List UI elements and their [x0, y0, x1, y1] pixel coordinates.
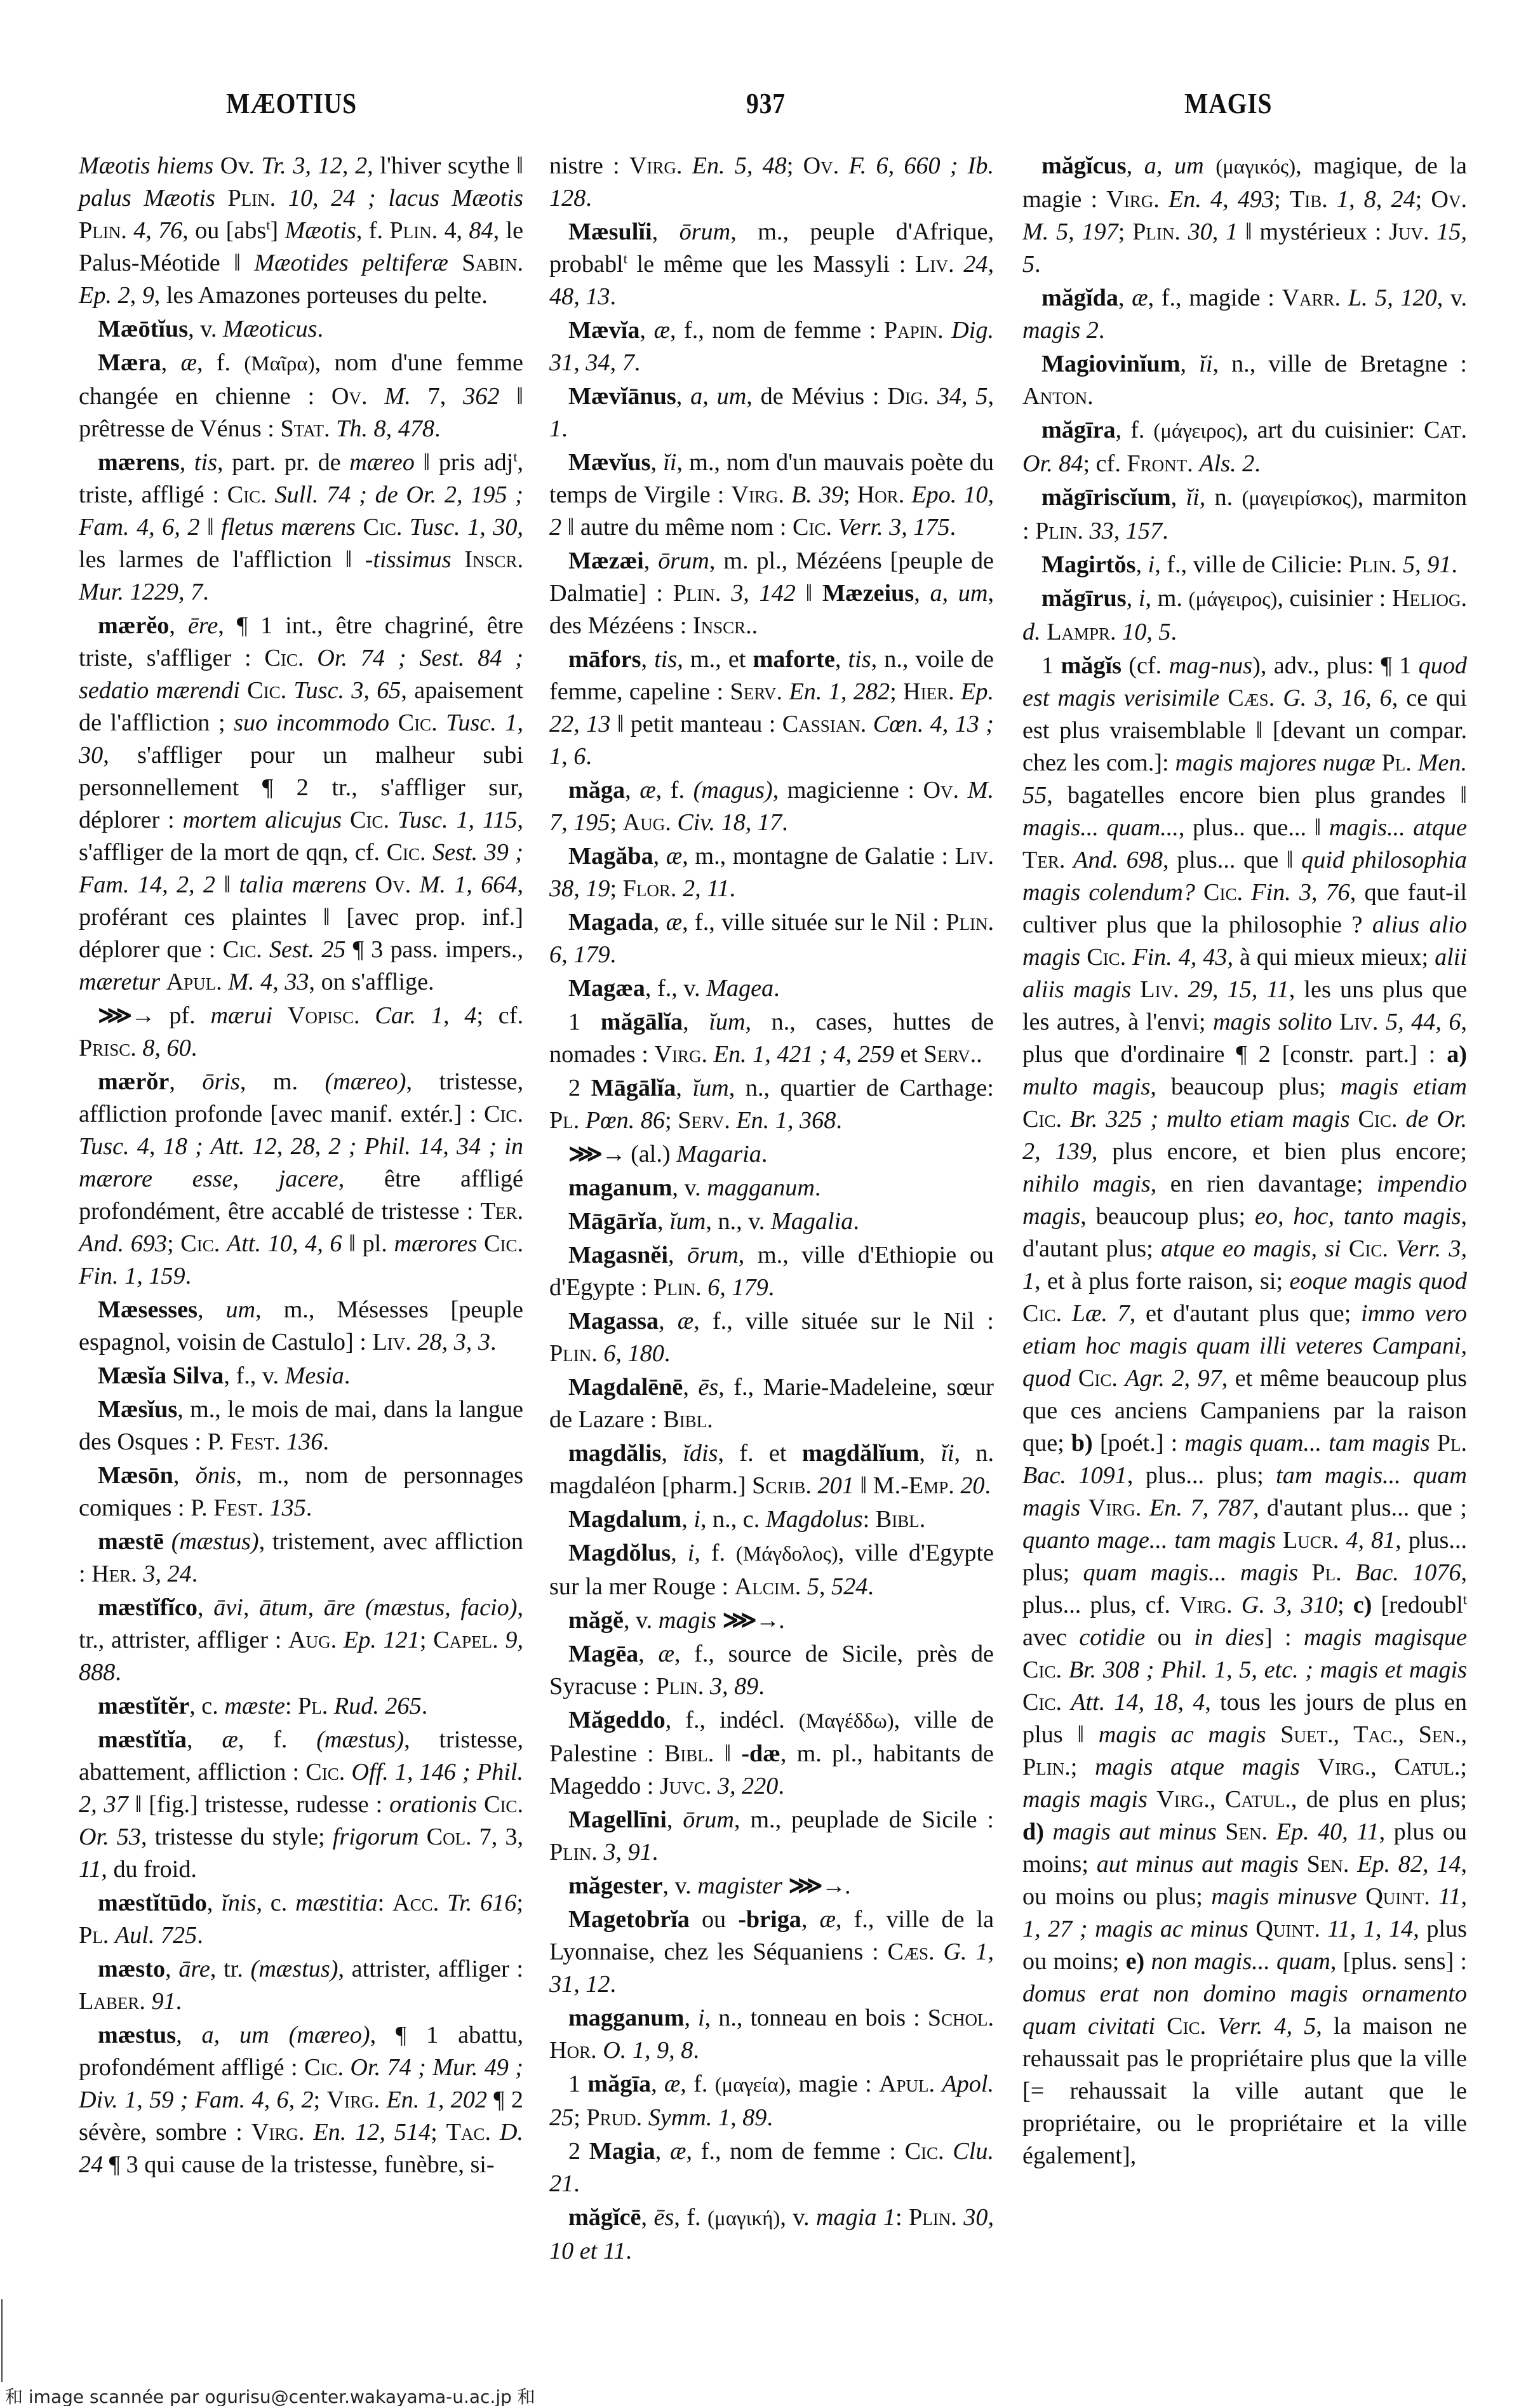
italic-text: M. 5, 197	[1022, 218, 1118, 245]
italic-text: En. 4, 493	[1168, 186, 1274, 213]
headword: Māgārĭa	[568, 1208, 657, 1235]
italic-text: nihilo magis	[1022, 1171, 1151, 1197]
text: .	[626, 2238, 632, 2264]
italic-text: (magus)	[693, 777, 773, 803]
text	[380, 2087, 386, 2113]
text: ;	[1071, 1754, 1095, 1780]
text	[1131, 976, 1140, 1003]
text	[344, 2054, 350, 2081]
text	[342, 807, 350, 833]
text: 7, 3,	[472, 1824, 523, 1850]
text: ‖ pris adj	[415, 449, 514, 476]
author-abbrev: Virg.	[251, 2119, 305, 2146]
text: ;	[1118, 218, 1132, 245]
text: , attrister, affliger :	[338, 1956, 523, 1982]
text	[1378, 1009, 1386, 1035]
text	[1065, 847, 1073, 873]
italic-text: magis solito	[1213, 1009, 1332, 1035]
italic-text: En. 5, 48	[692, 152, 787, 179]
author-abbrev: Pl.	[79, 1922, 109, 1949]
headword: maganum	[568, 1174, 672, 1201]
italic-text: Br. 308 ; Phil. 1, 5, etc. ; magis et ma…	[1069, 1657, 1467, 1683]
dictionary-entry: mæsto, āre, tr. (mæstus), attrister, aff…	[79, 1953, 523, 2018]
text	[707, 1041, 714, 1068]
text	[1204, 152, 1216, 179]
text	[671, 809, 678, 836]
author-abbrev: Front.	[1127, 450, 1193, 477]
text: , f., v.	[645, 975, 706, 1002]
text: ,	[176, 2022, 201, 2048]
text: .	[561, 415, 568, 442]
author-abbrev: Quint.	[1365, 1883, 1430, 1910]
text	[929, 383, 937, 410]
italic-text: tis	[848, 646, 871, 673]
text: , plus.. que... ‖	[1179, 814, 1329, 841]
author-abbrev: Bibl.	[663, 1406, 713, 1433]
text: ;	[314, 2087, 327, 2113]
text: .	[434, 415, 441, 442]
text	[1339, 1527, 1346, 1554]
entry-continuation: Mæotis hiems Ov. Tr. 3, 12, 2, l'hiver s…	[79, 150, 523, 312]
text: .	[586, 185, 592, 212]
italic-text: 362	[463, 383, 499, 410]
headword: măgīra	[1041, 417, 1116, 443]
italic-text: eoque magis quod	[1289, 1268, 1467, 1294]
italic-text: um	[225, 1296, 255, 1323]
text: ]	[270, 217, 285, 244]
text: , et d'autant plus que;	[1130, 1300, 1361, 1327]
author-abbrev: Cic.	[304, 2054, 344, 2081]
text: , [plus. sens] :	[1330, 1948, 1467, 1975]
headword: maforte	[753, 646, 834, 673]
headword: mærĕo	[98, 612, 169, 639]
text: ,	[659, 1308, 678, 1334]
dictionary-entry: Mæzæi, ōrum, m. pl., Mézéens [peuple de …	[549, 545, 994, 642]
text: , plus... que ‖	[1163, 847, 1301, 873]
italic-text: frigorum	[333, 1824, 419, 1850]
text: ;	[787, 152, 803, 179]
italic-text: magis etiam	[1341, 1073, 1467, 1100]
text	[579, 1107, 586, 1134]
italic-text: ēs	[698, 1374, 718, 1401]
text: ,	[641, 646, 655, 673]
italic-text: magis minusve	[1211, 1883, 1357, 1910]
italic-text: 136	[286, 1428, 323, 1455]
text	[1268, 1818, 1276, 1845]
text: ,	[638, 1641, 658, 1667]
text	[801, 1573, 807, 1600]
headword: c)	[1353, 1592, 1372, 1618]
italic-text: magis quam... tam magis	[1184, 1430, 1430, 1456]
text: ; cf.	[476, 1002, 523, 1029]
italic-text: mærores	[394, 1230, 477, 1257]
italic-text: quam magis... magis	[1083, 1559, 1299, 1586]
headword: mæstĭtĕr	[98, 1693, 189, 1719]
italic-text: 3, 89	[710, 1673, 758, 1700]
dictionary-entry: Mæsĭa Silva, f., v. Mesia.	[79, 1360, 523, 1392]
text: .	[610, 1971, 616, 1998]
dictionary-entry: 1 măgīa, æ, f. (μαγεία), magie : Apul. A…	[549, 2068, 994, 2134]
text: ;	[890, 678, 903, 705]
italic-text: ĭum	[669, 1208, 706, 1235]
author-abbrev: Bibl.	[664, 1740, 714, 1767]
italic-text: palus Mæotis	[79, 185, 215, 212]
text	[304, 645, 317, 671]
text: .	[197, 1922, 203, 1949]
author-abbrev: Aug.	[623, 809, 671, 836]
italic-text: in dies	[1194, 1624, 1264, 1651]
headword: Mævĭa	[568, 317, 639, 344]
author-abbrev: Virg.	[654, 1041, 707, 1068]
author-abbrev: Prisc.	[79, 1035, 137, 1061]
text	[1300, 1754, 1318, 1780]
headword: Mævĭānus	[568, 383, 676, 410]
text	[935, 2071, 942, 2097]
author-abbrev: Lucr.	[1283, 1527, 1339, 1554]
text: ,	[655, 2138, 670, 2165]
text: , c.	[256, 1890, 295, 1916]
text: (cf.	[1122, 652, 1169, 679]
text: ,	[652, 218, 680, 245]
text	[1080, 1495, 1088, 1521]
italic-text: O. 1, 9, 8	[603, 2037, 693, 2064]
cross-ref-arrow-icon: ⋙→	[98, 1002, 154, 1029]
text: ;	[167, 1230, 180, 1257]
italic-text: mæreo	[349, 449, 415, 476]
text: .	[779, 1607, 785, 1634]
text: .	[778, 1773, 784, 1799]
text	[264, 1495, 270, 1521]
italic-text: æ	[653, 317, 669, 344]
text: , f.	[1116, 417, 1154, 443]
text: .	[192, 1561, 198, 1587]
italic-text: a, um	[690, 383, 746, 410]
text: ;	[1416, 186, 1431, 213]
text: .	[693, 2037, 699, 2064]
text	[682, 152, 692, 179]
text	[944, 317, 952, 344]
italic-text: (mæstus)	[251, 1956, 338, 1982]
text: , v.	[662, 1872, 697, 1899]
text	[1233, 1592, 1242, 1618]
text: , n., v.	[706, 1208, 771, 1235]
italic-text: And. 698	[1073, 847, 1163, 873]
author-abbrev: Cat.	[1424, 417, 1467, 443]
text	[954, 678, 961, 705]
text: ,	[650, 449, 663, 476]
text: ,	[207, 1890, 221, 1916]
headword: Māgālĭa	[591, 1075, 676, 1101]
italic-text: Mæotides peltiferæ	[254, 250, 448, 276]
italic-text: 5, 524	[807, 1573, 867, 1600]
author-abbrev: Ov.	[331, 383, 368, 410]
headword: Mæsĭus	[98, 1396, 177, 1423]
author-abbrev: Cassian.	[782, 711, 867, 737]
text: , f.	[238, 1726, 316, 1753]
text: ‖	[796, 580, 822, 607]
author-abbrev: Cic.	[247, 677, 286, 704]
dictionary-entry: 2 Māgālĭa, ĭum, n., quartier de Carthage…	[549, 1072, 994, 1137]
text: ;	[516, 1890, 523, 1916]
italic-text: Magaria	[676, 1141, 761, 1167]
text	[1044, 1818, 1053, 1845]
italic-text: 5, 44, 6	[1386, 1009, 1461, 1035]
text	[112, 282, 118, 309]
italic-text: 8, 60	[142, 1035, 191, 1061]
italic-text: (mæstus)	[171, 1528, 259, 1555]
text: 7,	[411, 383, 463, 410]
text: , magicienne :	[773, 777, 923, 803]
italic-text: a, um	[1144, 152, 1204, 179]
text: , m.	[240, 1068, 325, 1095]
text: ;	[665, 1107, 678, 1134]
author-abbrev: Bibl.	[876, 1506, 926, 1533]
author-abbrev: Pl.	[1311, 1559, 1341, 1586]
italic-text: Als. 2	[1199, 450, 1254, 477]
italic-text: i	[1148, 551, 1155, 578]
italic-text: Mur. 1229, 7	[79, 579, 203, 605]
dictionary-entry: Magasnĕi, ōrum, m., ville d'Ethiopie ou …	[549, 1239, 994, 1304]
text: ,	[676, 1075, 692, 1101]
dictionary-entry: mæstĭtūdo, ĭnis, c. mæstitia: Acc. Tr. 6…	[79, 1887, 523, 1952]
italic-text: Or. 53	[79, 1824, 141, 1850]
text	[345, 1759, 351, 1785]
italic-text: 10, 5	[1122, 619, 1170, 645]
author-abbrev: Plin.	[909, 2204, 957, 2231]
author-abbrev: Dig.	[887, 383, 929, 410]
text	[337, 1627, 344, 1653]
italic-text: Pœn. 86	[586, 1107, 665, 1134]
entry-continuation: nistre : Virg. En. 5, 48; Ov. F. 6, 660 …	[549, 150, 994, 215]
headword: Măgeddo	[568, 1707, 666, 1733]
author-abbrev: Ov.	[375, 871, 412, 898]
text: :	[285, 1693, 298, 1719]
text: , on s'afflige.	[309, 969, 434, 995]
author-abbrev: Liv.	[1339, 1009, 1378, 1035]
text: , tr.	[210, 1956, 251, 1982]
author-abbrev: Liv.	[1140, 976, 1179, 1003]
italic-text: 2, 9	[118, 282, 154, 309]
text	[222, 969, 229, 995]
author-abbrev: Cic.	[1358, 1106, 1398, 1132]
text: ‖ petit manteau :	[610, 711, 782, 737]
text	[954, 251, 964, 278]
italic-text: ĭi	[1186, 484, 1199, 511]
author-abbrev: Cic.	[1203, 879, 1243, 906]
italic-text: Or. 84	[1022, 450, 1083, 477]
text: , beaucoup plus;	[1080, 1203, 1255, 1230]
italic-text: G. 3, 16, 6	[1283, 685, 1392, 711]
italic-text: Verr. 3, 175	[838, 514, 950, 541]
italic-text: magganum	[707, 1174, 815, 1201]
headword: Magirtŏs	[1041, 551, 1135, 578]
author-abbrev: Serv.	[730, 678, 782, 705]
text	[904, 481, 911, 508]
text: , f.	[197, 349, 244, 376]
text: , les Amazones porteuses du pelte.	[154, 282, 488, 309]
headword: Mæra	[98, 349, 161, 376]
italic-text: 4, 76	[133, 217, 182, 244]
italic-text: Tusc. 1, 115	[398, 807, 517, 833]
italic-text: eo, hoc, tanto magis	[1255, 1203, 1461, 1230]
text: ;	[610, 809, 622, 836]
text	[1243, 879, 1251, 906]
text: 4,	[438, 217, 469, 244]
author-abbrev: Pl.	[549, 1107, 579, 1134]
text: ‖ [fig.] tristesse, rudesse :	[128, 1791, 389, 1818]
text: , beaucoup plus;	[1150, 1073, 1340, 1100]
text: ,	[625, 777, 639, 803]
text	[711, 1773, 718, 1799]
dictionary-entry: măgĭcus, a, um (μαγικός), magique, de la…	[1022, 150, 1467, 281]
author-abbrev: Virg.	[326, 2087, 380, 2113]
text: .	[573, 2170, 580, 2197]
italic-text: suo incommodo	[234, 709, 389, 736]
text: , f., ville située sur le Nil :	[682, 909, 946, 936]
text	[262, 936, 269, 963]
text: ,	[683, 1374, 698, 1401]
text	[1126, 944, 1132, 971]
text	[1041, 619, 1047, 645]
text: (al.)	[625, 1141, 677, 1167]
italic-text: atque eo magis, si	[1161, 1235, 1341, 1262]
page-number: 937	[746, 86, 786, 120]
text	[1412, 749, 1418, 776]
italic-text: 1, 8, 24	[1337, 186, 1416, 213]
author-abbrev: Col.	[427, 1824, 472, 1850]
author-abbrev: Apul.	[879, 2071, 935, 2097]
text: ‖	[854, 1472, 873, 1499]
dictionary-entry: Mævĭus, ĭi, m., nom d'un mauvais poète d…	[549, 447, 994, 544]
italic-text: Rud. 265	[334, 1693, 422, 1719]
author-abbrev: Plin.	[1349, 551, 1397, 578]
author-abbrev: Laber.	[79, 1988, 145, 2015]
headword: Mæsulĭi	[568, 218, 652, 245]
italic-text: æ	[670, 2138, 686, 2165]
headword: magganum	[568, 2005, 684, 2031]
author-abbrev: Cic.	[363, 514, 402, 541]
italic-text: M. 4, 33	[228, 969, 309, 995]
text	[1388, 1235, 1396, 1262]
text	[272, 1002, 288, 1029]
dictionary-entry: Magassa, æ, f., ville située sur le Nil …	[549, 1305, 994, 1370]
text: , de plus en plus;	[1291, 1786, 1467, 1813]
author-abbrev: Heliog.	[1392, 585, 1467, 612]
dictionary-entry: 1 măgĭs (cf. mag-nus), adv., plus: ¶ 1 q…	[1022, 650, 1467, 2172]
text: , n., c.	[700, 1506, 766, 1533]
text: ,	[683, 1009, 709, 1035]
text	[452, 546, 465, 573]
italic-text: i	[688, 1540, 695, 1566]
text	[1332, 1009, 1340, 1035]
italic-text: 3, 91	[603, 1839, 652, 1865]
text: , f.	[356, 217, 389, 244]
italic-text: 6, 179	[549, 941, 610, 968]
text: .	[1451, 551, 1457, 578]
headword: mæstĭfĭco	[98, 1594, 198, 1621]
author-abbrev: Liv.	[915, 251, 954, 278]
text: .	[323, 1428, 329, 1455]
text	[164, 1528, 171, 1555]
italic-text: æ	[666, 843, 682, 870]
author-abbrev: Inscr.	[693, 612, 752, 639]
author-abbrev: Plin.	[389, 217, 438, 244]
text: ;	[1460, 1754, 1467, 1780]
page-header: MÆOTIUS 937 MAGIS	[0, 86, 1540, 124]
dictionary-entry: ⋙→ (al.) Magaria.	[549, 1138, 994, 1171]
italic-text: a, um (mæreo)	[202, 2022, 370, 2048]
dictionary-entry: Magdŏlus, i, f. (Μάγδολος), ville d'Egyp…	[549, 1537, 994, 1603]
text: .	[191, 1035, 198, 1061]
author-abbrev: Alcim.	[735, 1573, 801, 1600]
text: ,	[835, 646, 848, 673]
italic-text: Mæotis hiems	[79, 152, 213, 179]
headword: b)	[1071, 1430, 1093, 1456]
text	[366, 871, 375, 898]
author-abbrev: Virg.	[731, 481, 784, 508]
dictionary-entry: mæstĭfĭco, āvi, ātum, āre (mæstus, facio…	[79, 1592, 523, 1689]
text: ,	[668, 1242, 687, 1268]
headword: măgĭda	[1041, 285, 1118, 311]
italic-text: Ep.	[79, 282, 112, 309]
headword: Magiovinĭum	[1041, 351, 1181, 377]
italic-text: Tusc. 3, 65	[293, 677, 401, 704]
italic-text: 84	[469, 217, 493, 244]
text	[1298, 1559, 1311, 1586]
author-abbrev: Cic.	[1349, 1235, 1388, 1262]
text	[1342, 1559, 1355, 1586]
author-abbrev: Cæs.	[888, 1939, 935, 1965]
italic-text: multo magis	[1022, 1073, 1150, 1100]
text: .	[1162, 518, 1168, 544]
text: .	[985, 1472, 991, 1499]
text: .	[867, 1573, 874, 1600]
headword: măgĭs	[1061, 652, 1121, 679]
italic-text: 201	[818, 1472, 854, 1499]
greek-etymon: (μαγική)	[707, 2207, 780, 2230]
text: , f., ville située sur le Nil :	[693, 1308, 994, 1334]
italic-text: ōrum	[683, 1806, 734, 1833]
author-abbrev: Serv.	[924, 1041, 977, 1068]
text: , de Mévius :	[746, 383, 887, 410]
text: , d'autant plus... que ;	[1253, 1495, 1467, 1521]
italic-text: magis... atque	[1329, 814, 1467, 841]
greek-etymon: (Μαῖρα)	[244, 353, 314, 375]
text: .	[976, 1041, 982, 1068]
italic-text: Ep. 40, 11	[1276, 1818, 1379, 1845]
text: 2	[568, 1075, 591, 1101]
italic-text: magis magis	[1022, 1786, 1148, 1813]
italic-text: mæstitia	[295, 1890, 377, 1916]
text: ,	[169, 612, 188, 639]
author-abbrev: Cic.	[223, 936, 262, 963]
text	[1062, 1689, 1071, 1716]
headword: Magia	[589, 2138, 655, 2165]
greek-etymon: (μαγικός)	[1215, 156, 1296, 178]
author-abbrev: Cic.	[793, 514, 832, 541]
text: .	[950, 514, 956, 541]
text: , f. et	[718, 1440, 801, 1467]
headword: măgālĭa	[601, 1009, 683, 1035]
author-abbrev: Lampr.	[1047, 619, 1116, 645]
italic-text: talia mærens	[239, 871, 366, 898]
text: , v.	[672, 1174, 707, 1201]
italic-text: En. 1, 421 ; 4, 259	[714, 1041, 894, 1068]
text: .	[664, 1340, 671, 1367]
text	[439, 1890, 447, 1916]
text	[704, 1673, 710, 1700]
italic-text: And. 693	[79, 1230, 167, 1257]
